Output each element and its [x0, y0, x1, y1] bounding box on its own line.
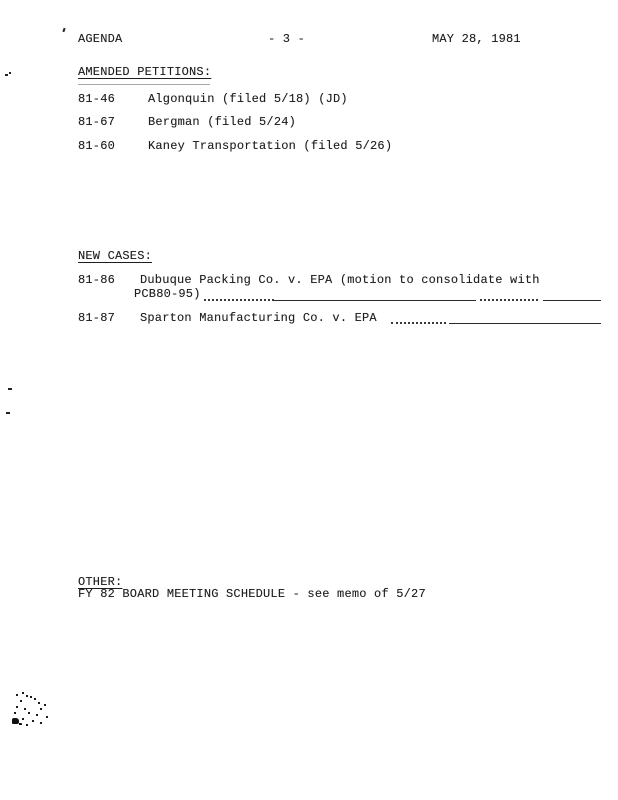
- scan-noise-smudge: [16, 694, 18, 696]
- fill-in-line-segment: [449, 323, 601, 324]
- heading-smear-line: [78, 84, 210, 85]
- case-description-line2: PCB80-95): [134, 288, 201, 301]
- case-description: Algonquin (filed 5/18) (JD): [148, 93, 348, 106]
- case-description: Kaney Transportation (filed 5/26): [148, 140, 392, 153]
- other-note: FY 82 BOARD MEETING SCHEDULE - see memo …: [78, 588, 426, 601]
- case-number: 81-67: [78, 116, 115, 129]
- case-description-line1: Dubuque Packing Co. v. EPA (motion to co…: [140, 274, 540, 287]
- case-number: 81-87: [78, 312, 115, 325]
- scan-noise-speck: [6, 412, 10, 414]
- document-page: AGENDA - 3 - MAY 28, 1981 AMENDED PETITI…: [0, 0, 618, 800]
- case-number: 81-86: [78, 274, 115, 287]
- case-number: 81-46: [78, 93, 115, 106]
- scan-noise-speck: [8, 388, 12, 390]
- section-heading-new-cases: NEW CASES:: [78, 250, 152, 263]
- scan-noise-speck: [5, 74, 8, 76]
- fill-in-line-segment: [204, 299, 274, 301]
- section-heading-amended-petitions: AMENDED PETITIONS:: [78, 66, 211, 79]
- case-description: Bergman (filed 5/24): [148, 116, 296, 129]
- scan-noise-blob: [12, 718, 19, 724]
- doc-date: MAY 28, 1981: [432, 33, 521, 46]
- case-description: Sparton Manufacturing Co. v. EPA: [140, 312, 377, 325]
- doc-title: AGENDA: [78, 33, 122, 46]
- case-number: 81-60: [78, 140, 115, 153]
- fill-in-line-segment: [274, 300, 476, 301]
- page-number: - 3 -: [268, 33, 305, 46]
- fill-in-line-segment: [543, 300, 601, 301]
- fill-in-line-segment: [480, 299, 538, 301]
- scan-noise-speck: [9, 72, 11, 74]
- fill-in-line-segment: [391, 322, 446, 324]
- scan-noise-speck: [62, 28, 65, 32]
